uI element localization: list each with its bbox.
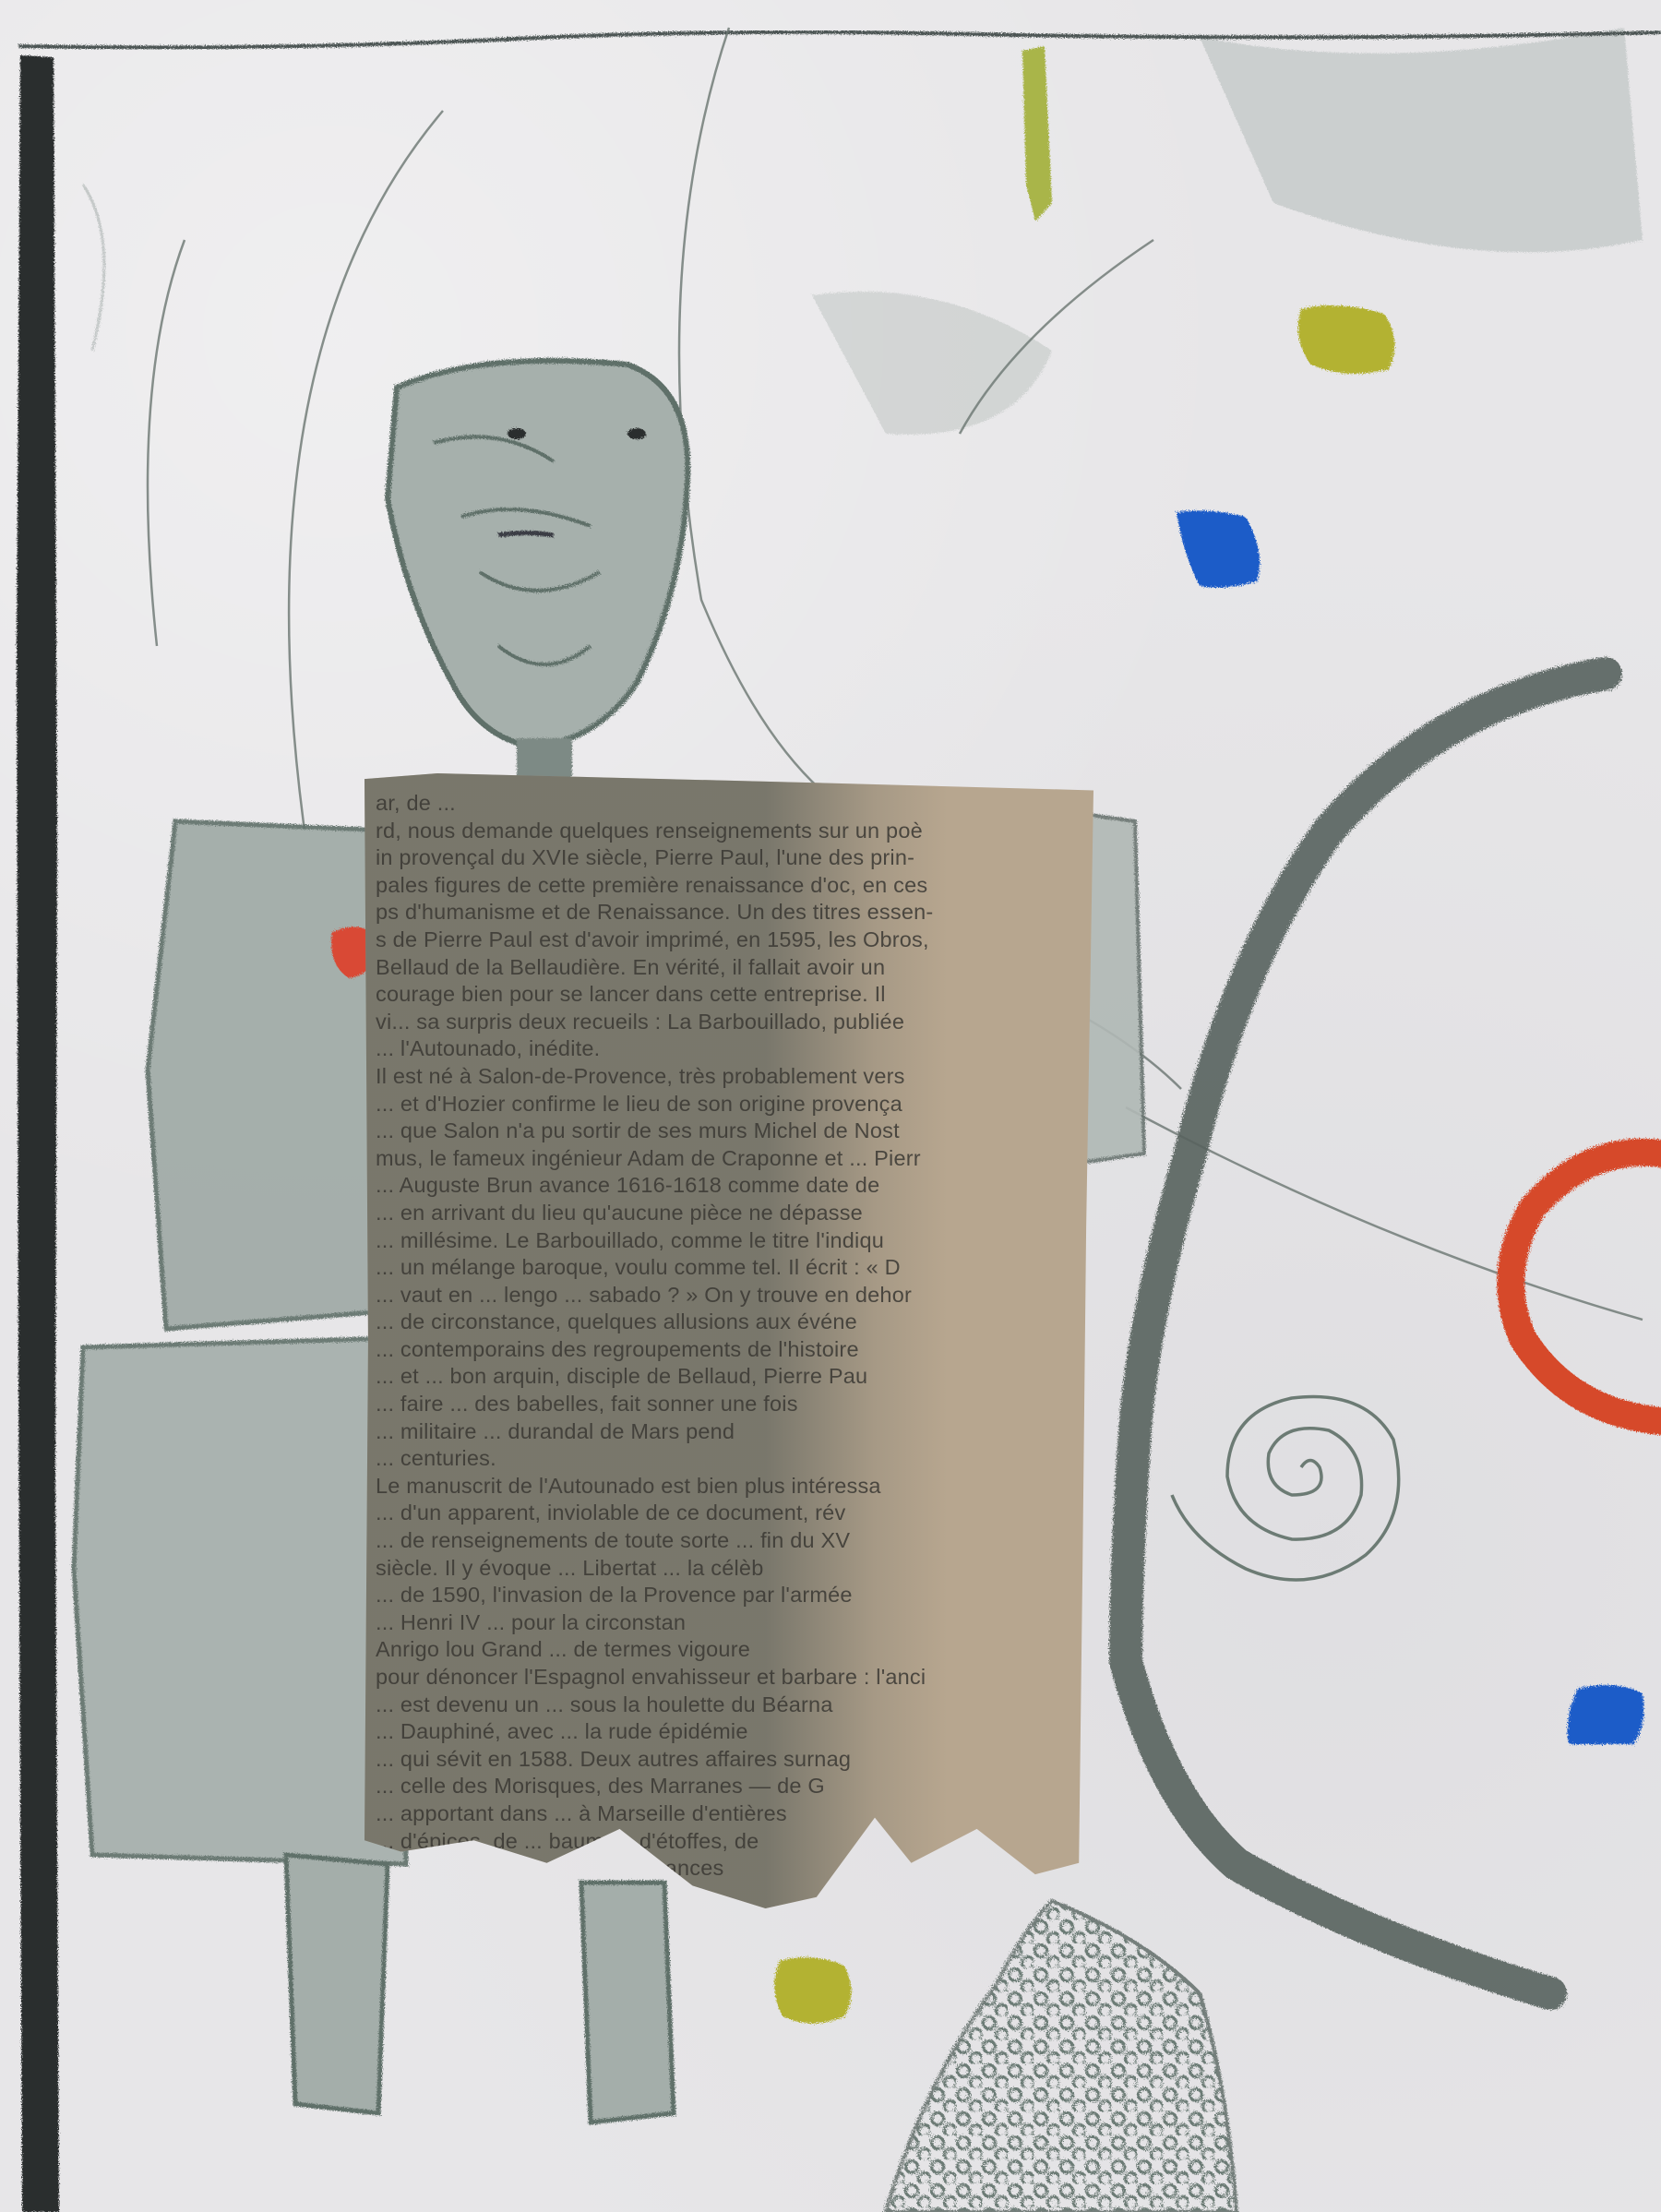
- artwork-foreground: [0, 0, 1661, 2212]
- blue-dot-top: [1177, 510, 1260, 587]
- artwork-canvas: ar, de ... rd, nous demande quelques ren…: [0, 0, 1661, 2212]
- yellow-dot-top: [1298, 305, 1395, 374]
- spiral: [1172, 1396, 1399, 1580]
- yellow-dot-bottom: [774, 1957, 851, 2024]
- dotted-triangle: [886, 1901, 1237, 2212]
- blue-dot-bottom: [1568, 1685, 1644, 1744]
- red-circle: [1511, 1153, 1661, 1421]
